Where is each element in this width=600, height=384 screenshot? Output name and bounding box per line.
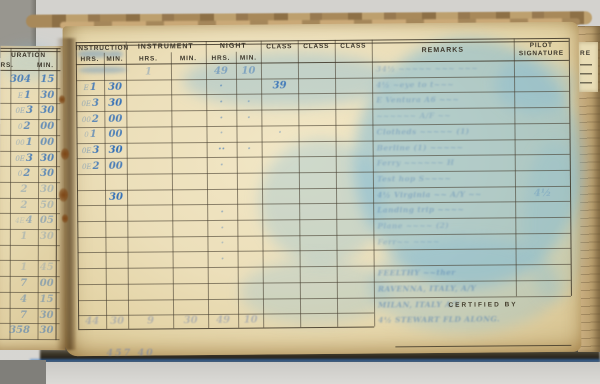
log-cell: 05 — [38, 214, 56, 228]
log-cell: · — [207, 221, 237, 235]
grand-total-value: 457 40 — [106, 347, 154, 358]
log-cell: 30 — [38, 167, 56, 181]
col-header-class-2: CLASS — [298, 43, 335, 50]
remark-entry: ~~~~~~ A/F ~~ — [376, 108, 514, 123]
subheader-instrument-min: MIN. — [171, 55, 206, 62]
log-cell: 30 — [104, 81, 126, 95]
log-cell: ·· — [207, 143, 237, 157]
log-cell: 4 — [10, 293, 38, 307]
log-cell: E1 — [76, 81, 104, 95]
log-cell: 50 — [38, 199, 56, 213]
left-page-table: URATION RS. MIN. 30415E1300E330020000100… — [0, 48, 63, 348]
log-cell: 0E3 — [76, 97, 104, 111]
log-cell: 7 — [10, 308, 38, 322]
log-cell: 0E3 — [10, 151, 38, 165]
remark-entry: Test hop S~~~~ — [377, 171, 515, 186]
log-cell: 9 — [128, 314, 173, 328]
bleed-through-mark: E — [84, 84, 89, 92]
remark-entry: 4½ STEWART FLD ALONG. — [378, 312, 516, 327]
remark-entry: 4½ ~eye to t~~~ — [376, 77, 514, 92]
log-cell: 00 — [104, 112, 126, 126]
bleed-through-mark: 00 — [82, 116, 91, 124]
grid-line — [78, 248, 571, 253]
log-cell: 001 — [10, 136, 38, 150]
bleed-through-mark: E — [18, 92, 23, 100]
log-cell: 30 — [173, 313, 208, 327]
bleed-through-mark: 0 — [18, 123, 22, 131]
remark-entry: Plane ~~~~ (2) — [377, 218, 515, 233]
log-cell: 15 — [38, 293, 56, 307]
col-header-instruction: INSTRUCTION — [76, 45, 126, 52]
log-cell: 30 — [38, 183, 56, 197]
grid-line — [0, 339, 60, 340]
log-cell: 10 — [238, 313, 263, 327]
log-cell: 7 — [10, 277, 38, 291]
grid-line — [298, 40, 302, 327]
remark-entry: Ferr~~ ~~~~ — [377, 234, 515, 249]
grid-line — [372, 40, 376, 327]
log-cell: 1 — [10, 261, 38, 275]
log-cell: 304 — [2, 73, 38, 87]
log-cell: · — [261, 126, 298, 140]
log-cell: 01 — [76, 128, 104, 142]
log-cell: 45 — [38, 261, 56, 275]
underlying-page-corner: RE — [578, 42, 598, 92]
bleed-through-mark: 0E — [16, 107, 26, 115]
log-cell: · — [206, 127, 236, 141]
log-cell: 30 — [38, 230, 56, 244]
bleed-through-mark: 0E — [81, 100, 91, 108]
bleed-through-mark: 0 — [18, 170, 22, 178]
log-cell: 0E3 — [10, 104, 38, 118]
grid-line — [0, 70, 60, 71]
log-cell: 002 — [76, 112, 104, 126]
log-cell: 30 — [106, 314, 128, 328]
col-header-remarks: REMARKS — [372, 46, 514, 54]
log-cell: 1 — [10, 230, 38, 244]
log-cell: 30 — [38, 324, 56, 338]
subheader-instruction-min: MIN. — [104, 56, 126, 63]
bleed-through-mark: 0E — [82, 163, 92, 171]
log-cell: 49 — [206, 64, 236, 78]
scanner-background-bottom — [0, 362, 600, 384]
bleed-through-mark: 0E — [15, 154, 25, 162]
log-cell: 4E4 — [10, 214, 38, 228]
scanner-background-bottom-dark — [0, 360, 46, 384]
log-cell: 1 — [126, 65, 171, 79]
log-cell: 00 — [38, 120, 56, 134]
log-cell: · — [236, 95, 261, 109]
log-cell: · — [206, 80, 236, 94]
grid-line — [569, 38, 572, 295]
log-cell: 0E3 — [77, 144, 105, 158]
subheader-night-min: MIN. — [236, 55, 261, 62]
log-cell: · — [207, 237, 237, 251]
rust-spot — [61, 148, 69, 160]
underlying-page-rule-ticks — [580, 64, 592, 90]
log-cell: 10 — [236, 64, 261, 78]
log-cell: · — [206, 111, 236, 125]
col-header-class-3: CLASS — [335, 43, 372, 50]
log-cell: 2 — [10, 183, 38, 197]
log-cell: · — [236, 111, 261, 125]
log-cell: 00 — [38, 277, 56, 291]
remark-entry: Berline (1) ~~~~~ — [377, 140, 515, 155]
grid-line — [335, 40, 339, 327]
log-cell: 30 — [105, 191, 127, 205]
partial-signature-text: RE — [580, 50, 591, 57]
col-header-class-1: CLASS — [261, 43, 298, 50]
log-cell: 30 — [105, 144, 127, 158]
log-cell: · — [207, 158, 237, 172]
log-cell: · — [207, 206, 237, 220]
log-cell: 49 — [208, 313, 238, 327]
bleed-through-mark: 4E — [15, 217, 25, 225]
scanned-logbook-page: RE URATION RS. MIN. 30415E1300E330020000… — [0, 0, 600, 384]
rust-spot — [62, 214, 68, 223]
log-cell: 02 — [10, 167, 38, 181]
log-cell: · — [237, 143, 262, 157]
log-cell: 39 — [261, 79, 298, 93]
remark-entry: Clotheds ~~~~~ (1) — [376, 124, 514, 139]
bleed-through-mark: 0E — [82, 147, 92, 155]
remark-entry: 34½ ~~~~~ ~~~ ~~~ — [376, 61, 514, 76]
remark-entry: Ferry ~~~~~~ H — [377, 156, 515, 171]
log-cell: 00 — [105, 159, 127, 173]
log-cell: 30 — [38, 89, 56, 103]
grid-line — [0, 245, 60, 246]
log-cell: 44 — [78, 314, 106, 328]
remark-entry: Landing trip ~~~~ — [377, 203, 515, 218]
grid-line — [126, 42, 130, 329]
remark-entry: FEELTHY ~~ther — [378, 265, 516, 280]
subheader-instruction-hrs: HRS. — [76, 56, 104, 63]
log-cell: 358 — [2, 324, 38, 338]
log-cell: 30 — [104, 97, 126, 111]
log-cell: 30 — [38, 104, 56, 118]
log-cell: 4½ — [515, 187, 570, 201]
log-cell: 02 — [10, 120, 38, 134]
bleed-through-mark: 0 — [84, 131, 89, 139]
log-cell: 30 — [38, 309, 56, 323]
log-cell: 2 — [10, 199, 38, 213]
logbook-main-page: INSTRUCTION INSTRUMENT NIGHT CLASS CLASS… — [63, 22, 582, 356]
log-cell: 15 — [38, 73, 56, 87]
log-cell: 30 — [38, 152, 56, 166]
log-cell: E1 — [10, 89, 38, 103]
remark-entry: E Ventura A6 ~~~ — [376, 93, 514, 108]
grid-line — [1, 48, 61, 49]
grid-line — [1, 50, 61, 51]
subheader-instrument-hrs: HRS. — [126, 55, 171, 62]
log-cell: · — [208, 253, 238, 267]
rust-spot — [59, 95, 65, 104]
rust-spot — [59, 188, 68, 202]
col-header-pilot-signature: PILOT SIGNATURE — [514, 42, 569, 57]
remark-entry: 4½ Virginia ~~ A/Y ~~ — [377, 187, 515, 202]
remark-entry: RAVENNA, ITALY, A/Y — [378, 281, 516, 296]
subheader-night-hrs: HRS. — [206, 55, 236, 62]
log-cell: · — [206, 96, 236, 110]
log-cell: 00 — [38, 136, 56, 150]
log-cell: 00 — [104, 128, 126, 142]
log-table: INSTRUCTION INSTRUMENT NIGHT CLASS CLASS… — [76, 38, 572, 362]
bleed-through-mark: 00 — [16, 139, 25, 147]
log-cell: 0E2 — [77, 160, 105, 174]
